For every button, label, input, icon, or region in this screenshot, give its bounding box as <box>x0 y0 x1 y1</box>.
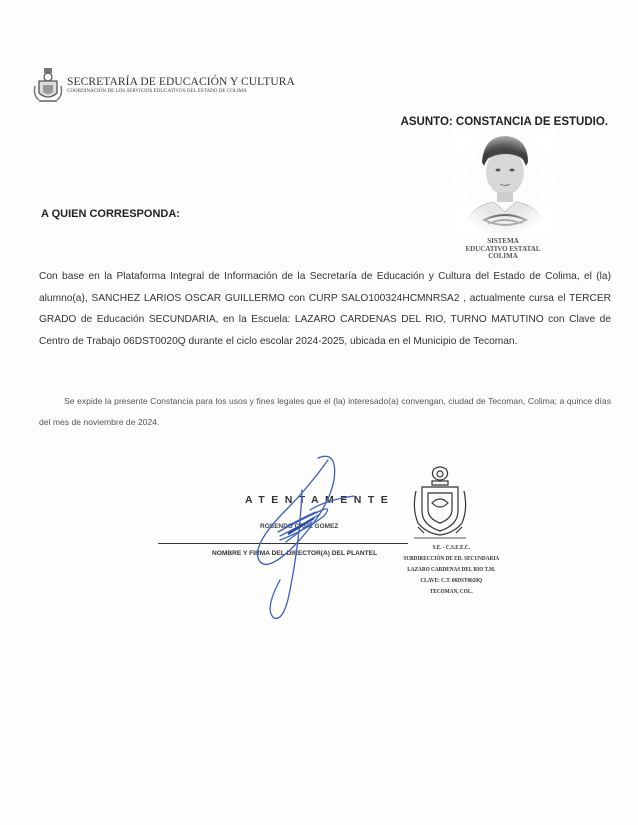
organization-title: SECRETARÍA DE EDUCACIÓN Y CULTURA <box>67 76 295 88</box>
body-text: de Educación <box>76 314 148 325</box>
seal-line: SUBDIRECCIÓN DE ED. SECUNDARIA <box>396 553 507 564</box>
body-text: , actualmente cursa el <box>460 293 570 304</box>
body-text: , en la Escuela: <box>216 314 295 325</box>
work-center-key: 06DST0020Q <box>123 336 185 347</box>
greeting: A QUIEN CORRESPONDA: <box>41 208 180 220</box>
school-seal-crest-icon <box>410 465 470 540</box>
body-text: , ubicada en el Municipio de <box>344 336 473 347</box>
state-crest-icon <box>33 66 63 104</box>
photo-stamp-line: COLIMA <box>448 253 558 261</box>
school-name: LAZARO CARDENAS DEL RIO, TURNO MATUTINO <box>295 314 544 325</box>
curp-label: con CURP <box>285 293 341 304</box>
curp-value: SALO100324HCMNRSA2 <box>341 293 459 304</box>
municipality: Tecoman <box>473 336 514 347</box>
seal-line: CLAVE: C.T. 06DST0020Q <box>396 575 507 586</box>
education-level: SECUNDARIA <box>149 314 216 325</box>
document-subject: ASUNTO: CONSTANCIA DE ESTUDIO. <box>401 116 608 128</box>
school-year: 2024-2025 <box>296 336 345 347</box>
seal-line: TECOMAN, COL. <box>396 586 507 597</box>
handwritten-signature-icon <box>250 450 360 625</box>
student-name: SANCHEZ LARIOS OSCAR GUILLERMO <box>91 293 284 304</box>
seal-line: S.E. - C.S.E.E.C. <box>396 542 507 553</box>
photo-stamp: SISTEMA EDUCATIVO ESTATAL COLIMA <box>448 238 558 261</box>
document-page: SECRETARÍA DE EDUCACIÓN Y CULTURA COORDI… <box>0 0 638 825</box>
body-text: . <box>515 336 518 347</box>
student-photo <box>454 132 554 232</box>
seal-line: LAZARO CARDENAS DEL RIO T.M. <box>396 564 507 575</box>
letterhead: SECRETARÍA DE EDUCACIÓN Y CULTURA COORDI… <box>33 66 295 104</box>
school-seal-text: S.E. - C.S.E.E.C. SUBDIRECCIÓN DE ED. SE… <box>396 542 507 597</box>
organization-subtitle: COORDINACIÓN DE LOS SERVICIOS EDUCATIVOS… <box>67 88 295 95</box>
closing-paragraph: Se expide la presente Constancia para lo… <box>39 391 611 433</box>
body-text: durante el ciclo escolar <box>186 336 296 347</box>
certificate-body: Con base en la Plataforma Integral de In… <box>39 266 611 352</box>
